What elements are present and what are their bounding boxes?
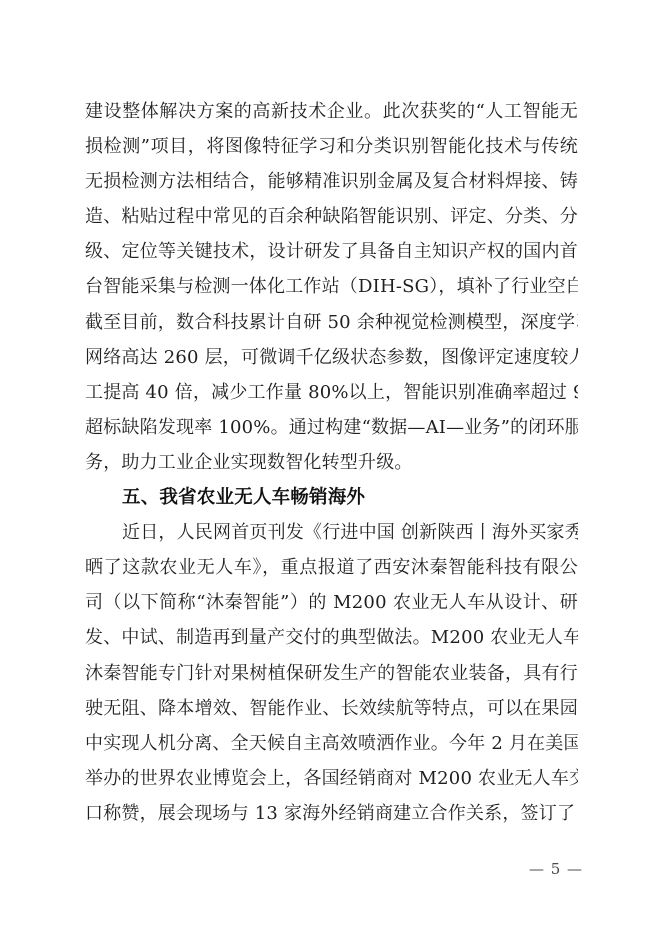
document-page: 建设整体解决方案的高新技术企业。此次获奖的“人工智能无 损检测”项目，将图像特征… xyxy=(0,0,662,941)
paragraph2-line: 沐秦智能专门针对果树植保研发生产的智能农业装备，具有行 xyxy=(85,656,578,691)
paragraph1-line: 损检测”项目，将图像特征学习和分类识别智能化技术与传统 xyxy=(85,129,578,164)
paragraph1-line: 超标缺陷发现率 100%。通过构建“数据—AI—业务”的闭环服 xyxy=(85,410,578,445)
paragraph1-line: 台智能采集与检测一体化工作站（DIH-SG），填补了行业空白。 xyxy=(85,269,578,304)
paragraph2-line: 驶无阻、降本增效、智能作业、长效续航等特点，可以在果园 xyxy=(85,691,578,726)
paragraph2-line: 近日，人民网首页刊发《行进中国 创新陕西丨海外买家秀 xyxy=(85,515,578,550)
paragraph1-line: 工提高 40 倍，减少工作量 80%以上，智能识别准确率超过 90%， xyxy=(85,375,578,410)
paragraph2-line: 举办的世界农业博览会上，各国经销商对 M200 农业无人车交 xyxy=(85,761,578,796)
paragraph2-line: 司（以下简称“沐秦智能”）的 M200 农业无人车从设计、研 xyxy=(85,585,578,620)
paragraph2-line: 中实现人机分离、全天候自主高效喷洒作业。今年 2 月在美国 xyxy=(85,726,578,761)
paragraph1-line: 级、定位等关键技术，设计研发了具备自主知识产权的国内首 xyxy=(85,234,578,269)
page-number: — 5 — xyxy=(506,858,606,880)
paragraph1-line: 无损检测方法相结合，能够精准识别金属及复合材料焊接、铸 xyxy=(85,164,578,199)
paragraph1-line: 造、粘贴过程中常见的百余种缺陷智能识别、评定、分类、分 xyxy=(85,199,578,234)
paragraph2-line: 晒了这款农业无人车》，重点报道了西安沐秦智能科技有限公 xyxy=(85,550,578,585)
section-heading: 五、我省农业无人车畅销海外 xyxy=(85,480,578,515)
paragraph2-line: 口称赞，展会现场与 13 家海外经销商建立合作关系，签订了 200 xyxy=(85,796,578,831)
paragraph1-line: 建设整体解决方案的高新技术企业。此次获奖的“人工智能无 xyxy=(85,94,578,129)
paragraph1-line: 截至目前，数合科技累计自研 50 余种视觉检测模型，深度学习 xyxy=(85,305,578,340)
paragraph1-line: 务，助力工业企业实现数智化转型升级。 xyxy=(85,445,578,480)
paragraph2-line: 发、中试、制造再到量产交付的典型做法。M200 农业无人车是 xyxy=(85,620,578,655)
body-text-block: 建设整体解决方案的高新技术企业。此次获奖的“人工智能无 损检测”项目，将图像特征… xyxy=(85,94,578,831)
paragraph1-line: 网络高达 260 层，可微调千亿级状态参数，图像评定速度较人 xyxy=(85,340,578,375)
